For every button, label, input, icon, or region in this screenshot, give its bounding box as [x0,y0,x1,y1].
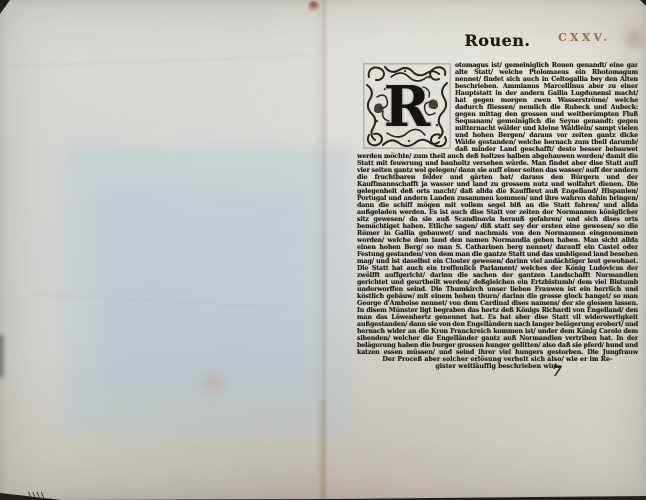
corner-ink-marks [26,492,44,498]
page-title: Rouen. [357,30,638,56]
pink-stain [198,366,228,400]
left-edge-shadow [0,335,3,377]
body-text: R otomagus ist/ gemeiniglich Rouen genan… [357,62,638,356]
ending-line-1: Der Proceß aber solcher erlösung verhelt… [363,356,633,363]
signature-mark: 7 [544,364,570,380]
paper-sheet: CXXV. Rouen. [0,0,646,500]
woodcut-initial-R: R [363,63,451,149]
map-showthrough-stain-inner [95,190,310,390]
photo-of-book-spread: CXXV. Rouen. [0,0,646,500]
gutter-fold-shadow [319,400,327,500]
initial-letter: R [384,74,431,140]
text-page: Rouen. [357,30,638,370]
